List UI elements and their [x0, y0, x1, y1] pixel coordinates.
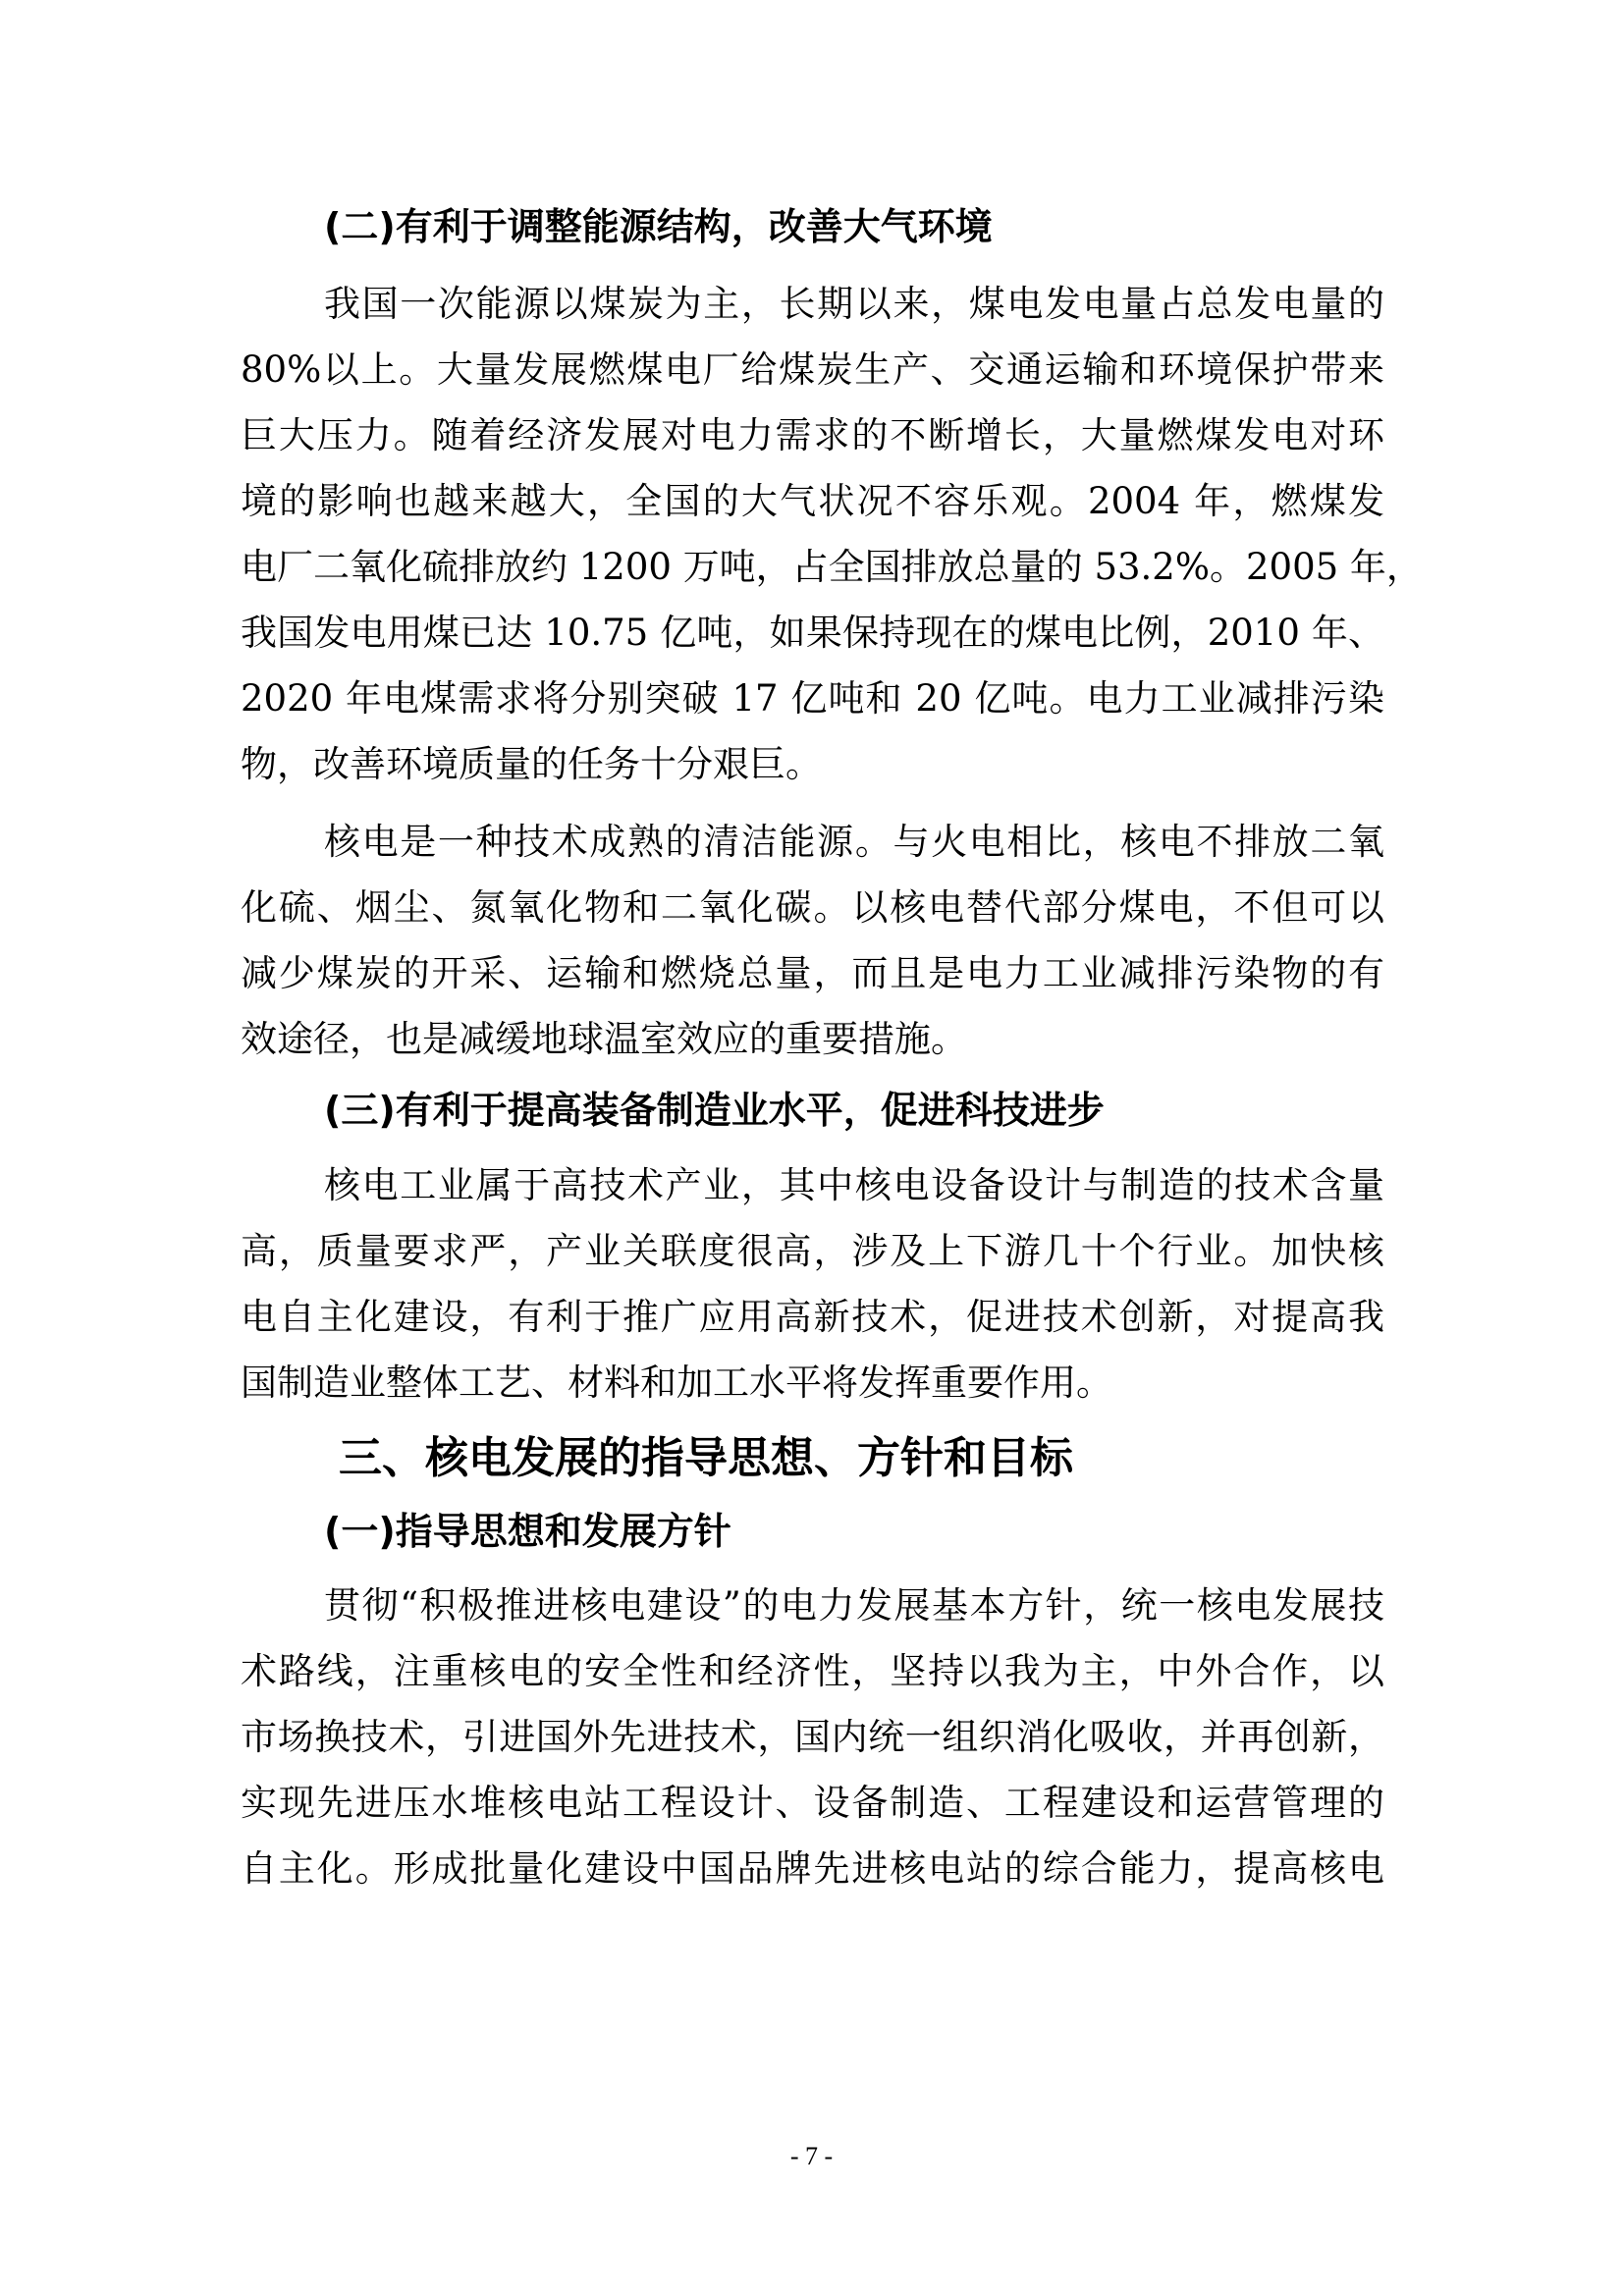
paragraph-line: 核电工业属于高技术产业，其中核电设备设计与制造的技术含量	[324, 1164, 1384, 1207]
paragraph-line: 效途径，也是减缓地球温室效应的重要措施。	[241, 1018, 1384, 1061]
paragraph-line: 高，质量要求严，产业关联度很高，涉及上下游几十个行业。加快核	[241, 1230, 1384, 1273]
page-number: - 7 -	[0, 2142, 1623, 2171]
paragraph-line: 巨大压力。随着经济发展对电力需求的不断增长，大量燃煤发电对环	[241, 414, 1384, 457]
paragraph-line: 2020 年电煤需求将分别突破 17 亿吨和 20 亿吨。电力工业减排污染	[241, 677, 1384, 721]
paragraph-line: 化硫、烟尘、氮氧化物和二氧化碳。以核电替代部分煤电，不但可以	[241, 886, 1384, 930]
section-heading-2: (二)有利于调整能源结构，改善大气环境	[324, 204, 993, 249]
paragraph-line: 核电是一种技术成熟的清洁能源。与火电相比，核电不排放二氧	[324, 821, 1384, 864]
paragraph-line: 80%以上。大量发展燃煤电厂给煤炭生产、交通运输和环境保护带来	[241, 348, 1384, 392]
paragraph-line: 实现先进压水堆核电站工程设计、设备制造、工程建设和运营管理的	[241, 1782, 1384, 1825]
paragraph-line: 物，改善环境质量的任务十分艰巨。	[241, 743, 1384, 786]
paragraph-line: 电厂二氧化硫排放约 1200 万吨，占全国排放总量的 53.2%。2005 年，	[241, 546, 1384, 589]
paragraph-line: 我国一次能源以煤炭为主，长期以来，煤电发电量占总发电量的	[324, 283, 1384, 326]
paragraph-line: 电自主化建设，有利于推广应用高新技术，促进技术创新，对提高我	[241, 1296, 1384, 1339]
paragraph-line: 贯彻“积极推进核电建设”的电力发展基本方针，统一核电发展技	[324, 1584, 1384, 1628]
paragraph-line: 术路线，注重核电的安全性和经济性，坚持以我为主，中外合作，以	[241, 1650, 1384, 1693]
section-heading-3: (三)有利于提高装备制造业水平，促进科技进步	[324, 1088, 1105, 1133]
paragraph-line: 境的影响也越来越大，全国的大气状况不容乐观。2004 年，燃煤发	[241, 480, 1384, 523]
document-page: (二)有利于调整能源结构，改善大气环境 我国一次能源以煤炭为主，长期以来，煤电发…	[0, 0, 1623, 2296]
paragraph-line: 市场换技术，引进国外先进技术，国内统一组织消化吸收，并再创新，	[241, 1716, 1384, 1759]
paragraph-line: 我国发电用煤已达 10.75 亿吨，如果保持现在的煤电比例，2010 年、	[241, 612, 1384, 655]
paragraph-line: 国制造业整体工艺、材料和加工水平将发挥重要作用。	[241, 1362, 1384, 1405]
chapter-heading: 三、核电发展的指导思想、方针和目标	[339, 1433, 1073, 1484]
paragraph-line: 自主化。形成批量化建设中国品牌先进核电站的综合能力，提高核电	[241, 1847, 1384, 1891]
subsection-heading: (一)指导思想和发展方针	[324, 1509, 731, 1554]
paragraph-line: 减少煤炭的开采、运输和燃烧总量，而且是电力工业减排污染物的有	[241, 952, 1384, 995]
